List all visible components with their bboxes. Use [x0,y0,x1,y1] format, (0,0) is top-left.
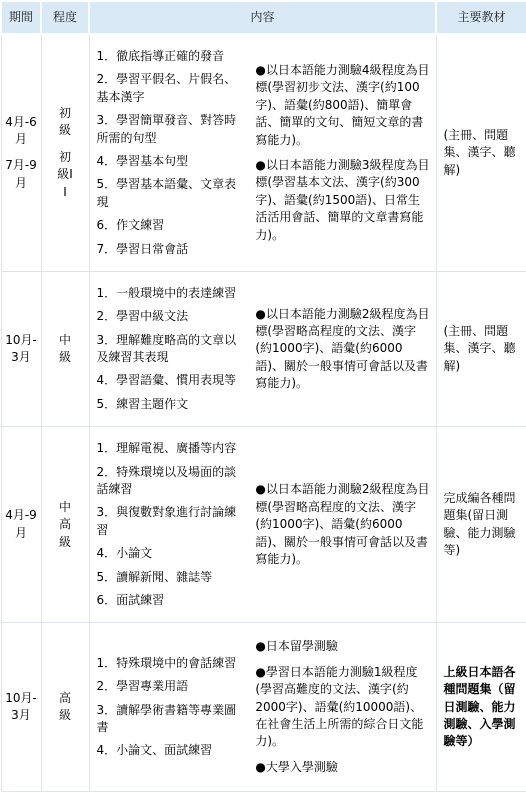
materials-cell: (主冊、問題集、漢字、聽解) [436,271,526,426]
content-item: 5．讀解新聞、雜誌等 [97,569,248,586]
goal-item: ●日本留學測驗 [255,638,429,655]
content-cell: 1．理解電視、廣播等内容 2．特殊環境以及場面的談話練習 3．與復數對象進行討論… [89,427,436,623]
content-item: 5．練習主題作文 [97,396,248,413]
goal-item: ●以日本語能力測驗3級程度為目標(學習基本文法、漢字(約300字)、語彙(約15… [255,157,429,244]
level-cell: 中高級 [41,427,89,623]
course-schedule-table: 期間 程度 内容 主要教材 4月-6月 7月-9月 初級 初級II 1．徹底指導… [0,0,526,792]
period-text: 10月-3月 [4,690,39,725]
materials-cell: 完成編各種問題集(留日測驗、能力測驗等) [436,427,526,623]
content-item: 5．學習基本語彙、文章表現 [97,176,248,211]
content-item-list: 1．理解電視、廣播等内容 2．特殊環境以及場面的談話練習 3．與復數對象進行討論… [94,432,253,617]
materials-text: (主冊、問題集、漢字、聽解) [444,323,520,375]
content-item: 4．學習基本句型 [97,153,248,170]
content-item: 3．理解難度略高的文章以及練習其表現 [97,332,248,367]
period-text: 4月-6月 [4,114,39,149]
content-item: 2．特殊環境以及場面的談話練習 [97,464,248,499]
course-row-intermediate: 10月-3月 中級 1．一般環境中的表達練習 2．學習中級文法 3．理解難度略高… [1,271,526,426]
goal-item: ●以日本語能力測驗4級程度為目標(學習初步文法、漢字(約100字)、語彙(約80… [255,62,429,149]
content-item: 4．小論文、面試練習 [97,742,248,759]
period-cell: 4月-9月 [1,427,41,623]
level-cell: 初級 初級II [41,34,89,271]
period-text: 10月-3月 [4,332,39,367]
goal-list: ●日本留學測驗 ●學習日本語能力測驗1級程度(學習高難度的文法、漢字(約2000… [252,628,431,786]
level-cell: 高級 [41,623,89,792]
period-text: 4月-9月 [4,507,39,542]
content-item: 4．小論文 [97,545,248,562]
level-text: 高級 [56,690,75,725]
period-text: 7月-9月 [4,157,39,192]
course-row-advanced: 10月-3月 高級 1．特殊環境中的會話練習 2．學習專業用語 3．讀解學術書籍… [1,623,526,792]
content-cell: 1．一般環境中的表達練習 2．學習中級文法 3．理解難度略高的文章以及練習其表現… [89,271,436,426]
materials-cell: (主冊、問題集、漢字、聽解) [436,34,526,271]
period-cell: 4月-6月 7月-9月 [1,34,41,271]
level-text: 中級 [56,332,75,367]
content-item: 3．與復數對象進行討論練習 [97,504,248,539]
content-item-list: 1．特殊環境中的會話練習 2．學習專業用語 3．讀解學術書籍等專業圖書 4．小論… [94,647,253,768]
level-text: 初級II [56,149,75,201]
content-cell: 1．徹底指導正確的發音 2．學習平假名、片假名、基本漢字 3．學習簡單發音、對答… [89,34,436,271]
content-item-list: 1．徹底指導正確的發音 2．學習平假名、片假名、基本漢字 3．學習簡單發音、對答… [94,40,253,266]
content-item: 7．學習日常會話 [97,241,248,258]
header-level: 程度 [41,1,89,34]
header-materials: 主要教材 [436,1,526,34]
course-row-upper-intermediate: 4月-9月 中高級 1．理解電視、廣播等内容 2．特殊環境以及場面的談話練習 3… [1,427,526,623]
materials-text: (主冊、問題集、漢字、聽解) [444,127,520,179]
level-text: 初級 [56,105,75,140]
period-cell: 10月-3月 [1,623,41,792]
content-item: 1．理解電視、廣播等内容 [97,440,248,457]
content-item: 2．學習平假名、片假名、基本漢字 [97,71,248,106]
content-item: 2．學習中級文法 [97,308,248,325]
content-item: 1．特殊環境中的會話練習 [97,655,248,672]
goal-list: ●以日本語能力測驗4級程度為目標(學習初步文法、漢字(約100字)、語彙(約80… [252,52,431,254]
content-cell: 1．特殊環境中的會話練習 2．學習專業用語 3．讀解學術書籍等專業圖書 4．小論… [89,623,436,792]
content-item: 4．學習語彙、慣用表現等 [97,372,248,389]
course-row-beginner: 4月-6月 7月-9月 初級 初級II 1．徹底指導正確的發音 2．學習平假名、… [1,34,526,271]
content-item: 2．學習專業用語 [97,678,248,695]
content-item: 6．面試練習 [97,592,248,609]
materials-text: 上級日本語各種問題集（留日測驗、能力測驗、入學測驗等） [444,664,520,751]
content-item: 3．學習簡單發音、對答時所需的句型 [97,112,248,147]
content-item: 1．徹底指導正確的發音 [97,48,248,65]
content-item: 1．一般環境中的表達練習 [97,285,248,302]
goal-list: ●以日本語能力測驗2級程度為目標(學習略高程度的文法、漢字(約1000字)、語彙… [252,296,431,403]
content-item: 6．作文練習 [97,217,248,234]
content-item: 3．讀解學術書籍等專業圖書 [97,702,248,737]
goal-item: ●學習日本語能力測驗1級程度(學習高難度的文法、漢字(約2000字)、語彙(約1… [255,664,429,751]
materials-text: 完成編各種問題集(留日測驗、能力測驗等) [444,490,520,560]
level-text: 中高級 [56,499,75,551]
level-cell: 中級 [41,271,89,426]
header-row: 期間 程度 内容 主要教材 [1,1,526,34]
goal-item: ●大學入學測驗 [255,759,429,776]
goal-item: ●以日本語能力測驗2級程度為目標(學習略高程度的文法、漢字(約1000字)、語彙… [255,306,429,393]
period-cell: 10月-3月 [1,271,41,426]
header-period: 期間 [1,1,41,34]
header-content: 内容 [89,1,436,34]
goal-item: ●以日本語能力測驗2級程度為目標(學習略高程度的文法、漢字(約1000字)、語彙… [255,481,429,568]
goal-list: ●以日本語能力測驗2級程度為目標(學習略高程度的文法、漢字(約1000字)、語彙… [252,471,431,578]
content-item-list: 1．一般環境中的表達練習 2．學習中級文法 3．理解難度略高的文章以及練習其表現… [94,277,253,421]
materials-cell: 上級日本語各種問題集（留日測驗、能力測驗、入學測驗等） [436,623,526,792]
